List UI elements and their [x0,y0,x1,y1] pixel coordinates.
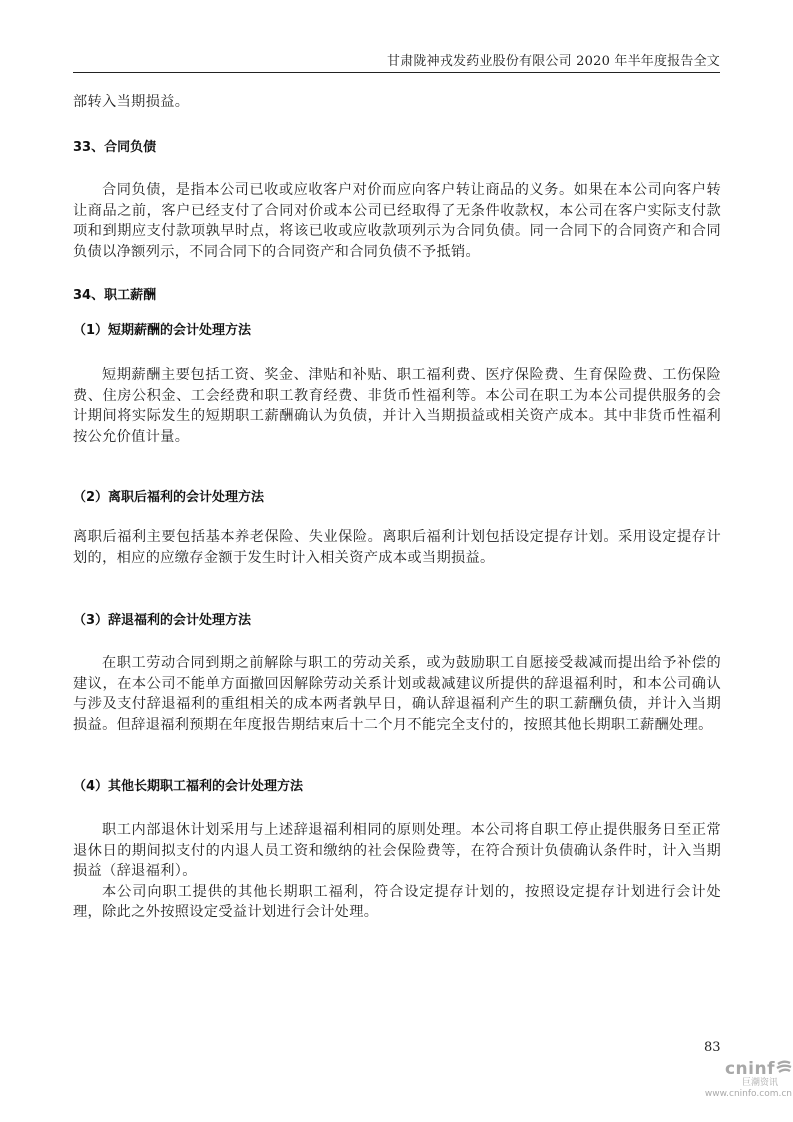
paragraph: 部转入当期损益。 [73,92,721,113]
subsection-2-heading-block: （2）离职后福利的会计处理方法 [73,488,721,508]
section-heading: 33、合同负债 [73,138,721,158]
subsection-heading: （1）短期薪酬的会计处理方法 [73,321,721,341]
page-number: 83 [704,1040,721,1055]
paragraph: 离职后福利主要包括基本养老保险、失业保险。离职后福利计划包括设定提存计划。采用设… [73,527,721,568]
page-header: 甘肃陇神戎发药业股份有限公司 2020 年半年度报告全文 [73,50,720,73]
cninfo-logo: cninf 巨潮资讯 www.cninfo.com.cn [700,1060,792,1116]
subsection-1-body: 短期薪酬主要包括工资、奖金、津贴和补贴、职工福利费、医疗保险费、生育保险费、工伤… [73,365,721,447]
section-34-heading-block: 34、职工薪酬 [73,286,721,306]
subsection-3-body: 在职工劳动合同到期之前解除与职工的劳动关系，或为鼓励职工自愿接受裁减而提出给予补… [73,653,721,735]
section-heading: 34、职工薪酬 [73,286,721,306]
subsection-1-heading-block: （1）短期薪酬的会计处理方法 [73,321,721,341]
subsection-3-heading-block: （3）辞退福利的会计处理方法 [73,611,721,631]
subsection-heading: （2）离职后福利的会计处理方法 [73,488,721,508]
paragraph: 本公司向职工提供的其他长期职工福利，符合设定提存计划的，按照设定提存计划进行会计… [73,882,721,923]
paragraph: 短期薪酬主要包括工资、奖金、津贴和补贴、职工福利费、医疗保险费、生育保险费、工伤… [73,365,721,447]
subsection-4-body: 职工内部退休计划采用与上述辞退福利相同的原则处理。本公司将自职工停止提供服务日至… [73,820,721,923]
paragraph: 在职工劳动合同到期之前解除与职工的劳动关系，或为鼓励职工自愿接受裁减而提出给予补… [73,653,721,735]
section-33-body: 合同负债，是指本公司已收或应收客户对价而应向客户转让商品的义务。如果在本公司向客… [73,180,721,262]
logo-word-text: cninf [725,1059,775,1079]
subsection-2-body: 离职后福利主要包括基本养老保险、失业保险。离职后福利计划包括设定提存计划。采用设… [73,527,721,568]
logo-url-text: www.cninfo.com.cn [700,1089,792,1100]
subsection-4-heading-block: （4）其他长期职工福利的会计处理方法 [73,777,721,797]
subsection-heading: （3）辞退福利的会计处理方法 [73,611,721,631]
continuation-paragraph: 部转入当期损益。 [73,92,721,113]
report-title: 甘肃陇神戎发药业股份有限公司 2020 年半年度报告全文 [387,50,720,69]
subsection-heading: （4）其他长期职工福利的会计处理方法 [73,777,721,797]
paragraph: 职工内部退休计划采用与上述辞退福利相同的原则处理。本公司将自职工停止提供服务日至… [73,820,721,882]
paragraph: 合同负债，是指本公司已收或应收客户对价而应向客户转让商品的义务。如果在本公司向客… [73,180,721,262]
logo-wordmark: cninf [700,1060,792,1078]
logo-chinese-text: 巨潮资讯 [700,1078,778,1089]
cninfo-logo-icon [776,1060,792,1078]
section-33-heading-block: 33、合同负债 [73,138,721,158]
